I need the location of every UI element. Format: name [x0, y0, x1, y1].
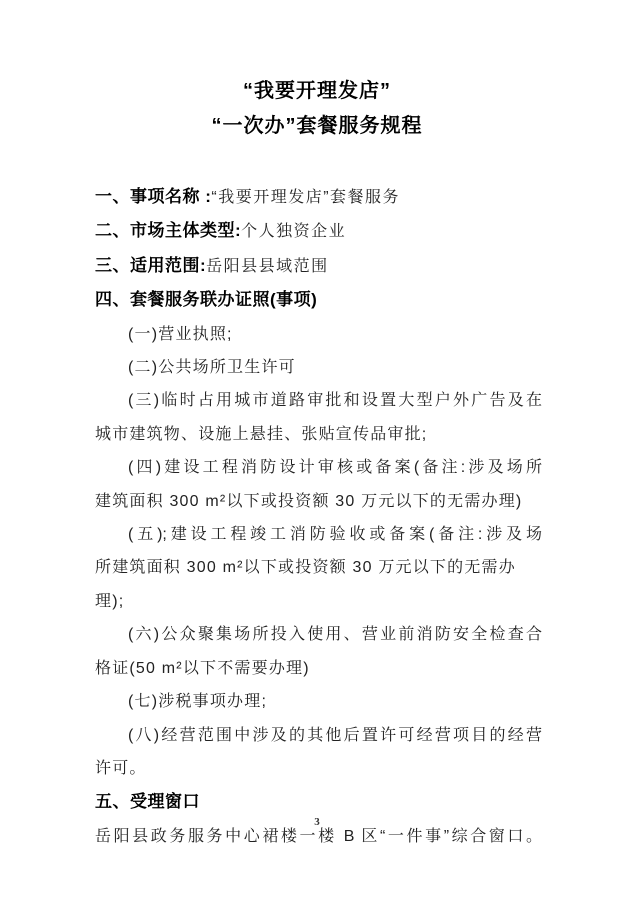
section-1-label: 一、事项名称 : [95, 187, 211, 206]
list-item-4-line-1: (四)建设工程消防设计审核或备案(备注:涉及场所 [95, 451, 542, 484]
list-item-5-line-1: (五);建设工程竣工消防验收或备案(备注:涉及场 [95, 518, 542, 551]
section-heading-1: 一、事项名称 :“我要开理发店”套餐服务 [95, 180, 542, 214]
section-heading-4: 四、套餐服务联办证照(事项) [95, 283, 542, 317]
title-line-2: “一次办”套餐服务规程 [0, 109, 634, 144]
list-item-1: (一)营业执照; [95, 318, 542, 351]
list-item-5-line-2: 所建筑面积 300 m²以下或投资额 30 万元以下的无需办理); [95, 551, 542, 618]
section-heading-3: 三、适用范围:岳阳县县域范围 [95, 249, 542, 283]
list-item-3-line-1: (三)临时占用城市道路审批和设置大型户外广告及在 [95, 384, 542, 417]
section-heading-5: 五、受理窗口 [95, 785, 542, 819]
list-item-8-line-2: 许可。 [95, 752, 542, 785]
list-item-4-line-2: 建筑面积 300 m²以下或投资额 30 万元以下的无需办理) [95, 485, 542, 518]
list-item-3-line-2: 城市建筑物、设施上悬挂、张贴宣传品审批; [95, 418, 542, 451]
document-page: “我要开理发店” “一次办”套餐服务规程 一、事项名称 :“我要开理发店”套餐服… [0, 0, 634, 898]
list-item-6-line-2: 格证(50 m²以下不需要办理) [95, 652, 542, 685]
section-2-label: 二、市场主体类型: [95, 221, 241, 240]
section-1-value: “我要开理发店”套餐服务 [211, 189, 400, 206]
list-item-8-line-1: (八)经营范围中涉及的其他后置许可经营项目的经营 [95, 719, 542, 752]
section-4-label: 四、套餐服务联办证照(事项) [95, 290, 317, 309]
page-number: 3 [0, 816, 634, 828]
title-line-1: “我要开理发店” [0, 74, 634, 109]
list-item-6-line-1: (六)公众聚集场所投入使用、营业前消防安全检查合 [95, 618, 542, 651]
list-item-7: (七)涉税事项办理; [95, 685, 542, 718]
section-3-label: 三、适用范围: [95, 256, 206, 275]
list-item-2: (二)公共场所卫生许可 [95, 351, 542, 384]
section-heading-2: 二、市场主体类型:个人独资企业 [95, 214, 542, 248]
section-2-value: 个人独资企业 [241, 223, 346, 240]
document-title: “我要开理发店” “一次办”套餐服务规程 [0, 74, 634, 144]
section-3-value: 岳阳县县域范围 [206, 258, 329, 275]
section-5-label: 五、受理窗口 [95, 792, 200, 811]
document-body: 一、事项名称 :“我要开理发店”套餐服务 二、市场主体类型:个人独资企业 三、适… [95, 180, 542, 853]
